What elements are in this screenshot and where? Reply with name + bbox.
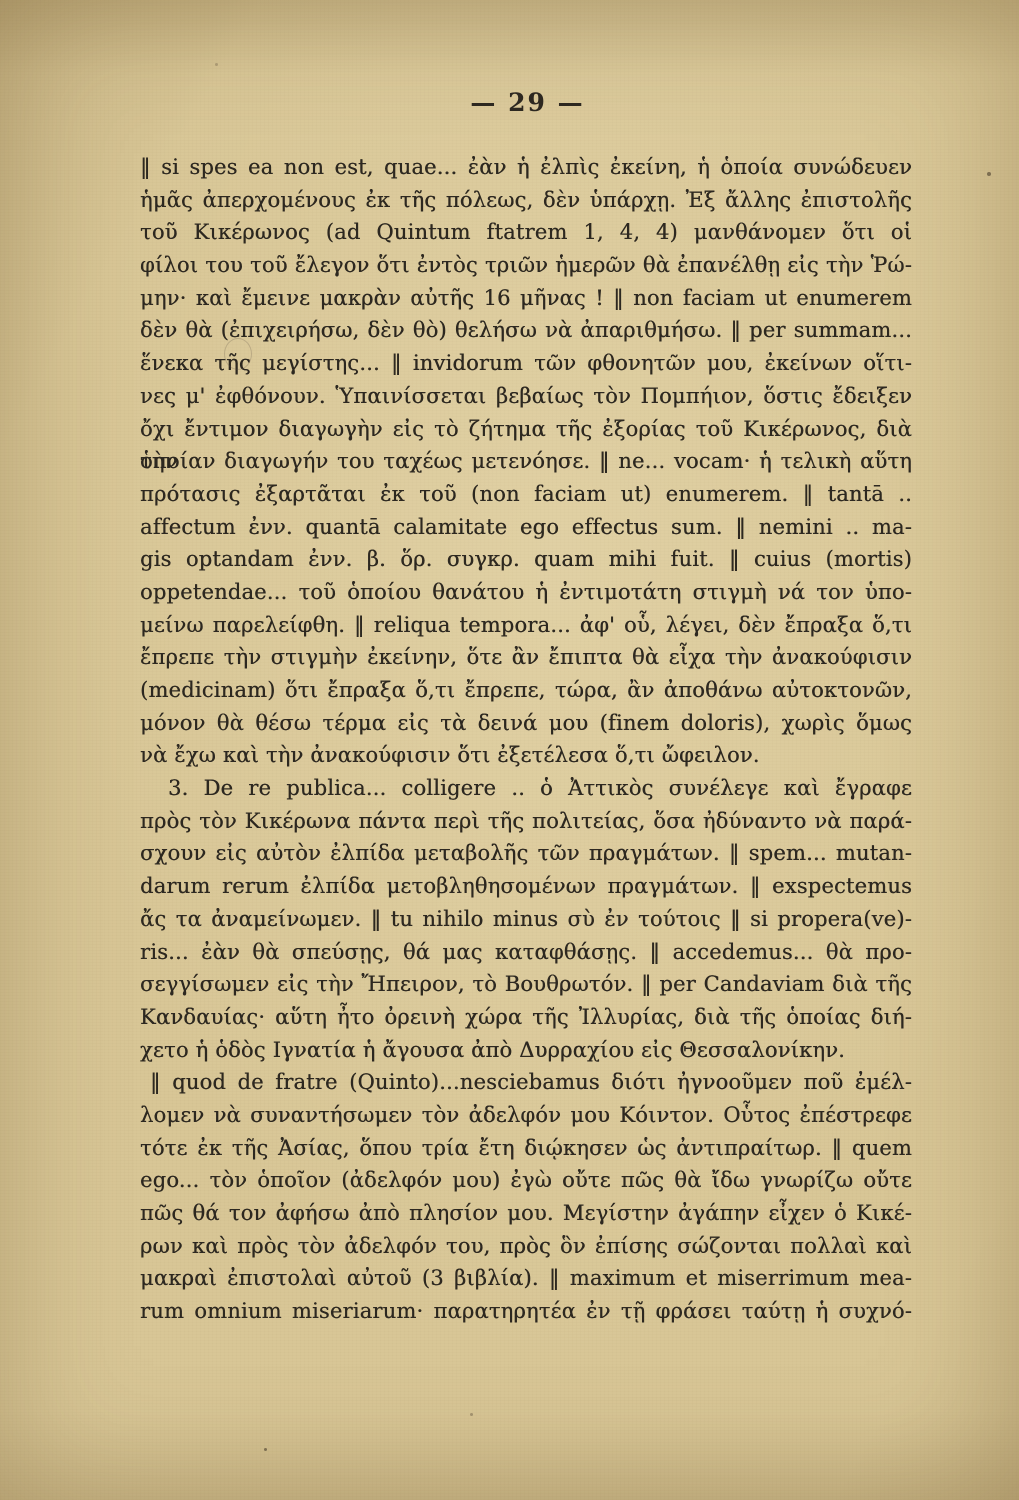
text-line: ego... τὸν ὁποῖον (ἀδελφόν μου) ἐγὼ οὔτε… (140, 1164, 912, 1197)
text-line: τότε ἐκ τῆς Ἀσίας, ὅπου τρία ἔτη διῴκησε… (140, 1132, 912, 1165)
text-line: oppetendae... τοῦ ὁποίου θανάτου ἡ ἐντιμ… (140, 576, 912, 609)
text-line: rum omnium miseriarum· παρατηρητέα ἐν τῇ… (140, 1295, 912, 1328)
text-line: ὁποίαν διαγωγήν του ταχέως μετενόησε. ‖ … (140, 445, 912, 478)
text-line: affectum ἐνν. quantā calamitate ego effe… (140, 511, 912, 544)
text-line: ἕνεκα τῆς μεγίστης... ‖ invidorum τῶν φθ… (140, 347, 912, 380)
text-line: μείνω παρελείφθη. ‖ reliqua tempora... ἀ… (140, 609, 912, 642)
text-line: ἄς τα ἀναμείνωμεν. ‖ tu nihilo minus σὺ … (140, 903, 912, 936)
paper-speck (987, 172, 991, 176)
text-line: μην· καὶ ἔμεινε μακρὰν αὐτῆς 16 μῆνας ! … (140, 282, 912, 315)
text-line: Κανδαυίας· αὕτη ἦτο ὀρεινὴ χώρα τῆς Ἰλλυ… (140, 1001, 912, 1034)
text-line: darum rerum ἐλπίδα μετοβληθησομένων πραγ… (140, 870, 912, 903)
text-line: 3. De re publica... colligere .. ὁ Ἀττικ… (140, 772, 912, 805)
text-line: ρων καὶ πρὸς τὸν ἀδελφόν του, πρὸς ὃν ἐπ… (140, 1230, 912, 1263)
text-line: νες μ' ἐφθόνουν. Ὑπαινίσσεται βεβαίως τὸ… (140, 380, 912, 413)
text-line: τοῦ Κικέρωνος (ad Quintum ftatrem 1, 4, … (140, 216, 912, 249)
book-page: — 29 — ‖ si spes ea non est, quae... ἐὰν… (0, 0, 1019, 1500)
text-line: πῶς θά τον ἀφήσω ἀπὸ πλησίον μου. Μεγίστ… (140, 1197, 912, 1230)
text-line: (medicinam) ὅτι ἔπραξα ὅ,τι ἔπρεπε, τώρα… (140, 674, 912, 707)
paper-speck (264, 1448, 267, 1451)
text-line: ἡμᾶς ἀπερχομένους ἐκ τῆς πόλεως, δὲν ὑπά… (140, 184, 912, 217)
text-line: ris... ἐὰν θὰ σπεύσῃς, θά μας καταφθάσῃς… (140, 936, 912, 969)
paper-speck (215, 63, 218, 66)
pencil-smudge (224, 338, 252, 370)
text-line: ὄχι ἔντιμον διαγωγὴν εἰς τὸ ζήτημα τῆς ἐ… (140, 413, 912, 446)
text-line: φίλοι του τοῦ ἔλεγον ὅτι ἐντὸς τριῶν ἡμε… (140, 249, 912, 282)
text-line: πρότασις ἐξαρτᾶται ἐκ τοῦ (non faciam ut… (140, 478, 912, 511)
text-line: ἔπρεπε τὴν στιγμὴν ἐκείνην, ὅτε ἂν ἔπιπτ… (140, 641, 912, 674)
text-line: gis optandam ἐνν. β. ὅρ. συγκρ. quam mih… (140, 543, 912, 576)
page-text: ‖ si spes ea non est, quae... ἐὰν ἡ ἐλπὶ… (140, 151, 912, 1328)
text-line: σχουν εἰς αὐτὸν ἐλπίδα μεταβολῆς τῶν πρα… (140, 837, 912, 870)
page-number: — 29 — (18, 88, 1019, 117)
text-line: μόνον θὰ θέσω τέρμα εἰς τὰ δεινά μου (fi… (140, 707, 912, 740)
text-line: δὲν θὰ (ἐπιχειρήσω, δὲν θὸ) θελήσω νὰ ἀπ… (140, 314, 912, 347)
text-line: λομεν νὰ συναντήσωμεν τὸν ἀδελφόν μου Κό… (140, 1099, 912, 1132)
text-line: ‖ si spes ea non est, quae... ἐὰν ἡ ἐλπὶ… (140, 151, 912, 184)
text-line: χετο ἡ ὁδὸς Ιγνατία ἡ ἄγουσα ἀπὸ Δυρραχί… (140, 1034, 912, 1067)
text-line: ‖ quod de fratre (Quinto)...nesciebamus … (140, 1066, 912, 1099)
text-line: νὰ ἔχω καὶ τὴν ἀνακούφισιν ὅτι ἐξετέλεσα… (140, 739, 912, 772)
text-line: πρὸς τὸν Κικέρωνα πάντα περὶ τῆς πολιτεί… (140, 805, 912, 838)
paper-speck (470, 1413, 473, 1416)
text-line: σεγγίσωμεν εἰς τὴν Ἤπειρον, τὸ Βουθρωτόν… (140, 968, 912, 1001)
text-line: μακραὶ ἐπιστολαὶ αὐτοῦ (3 βιβλία). ‖ max… (140, 1262, 912, 1295)
